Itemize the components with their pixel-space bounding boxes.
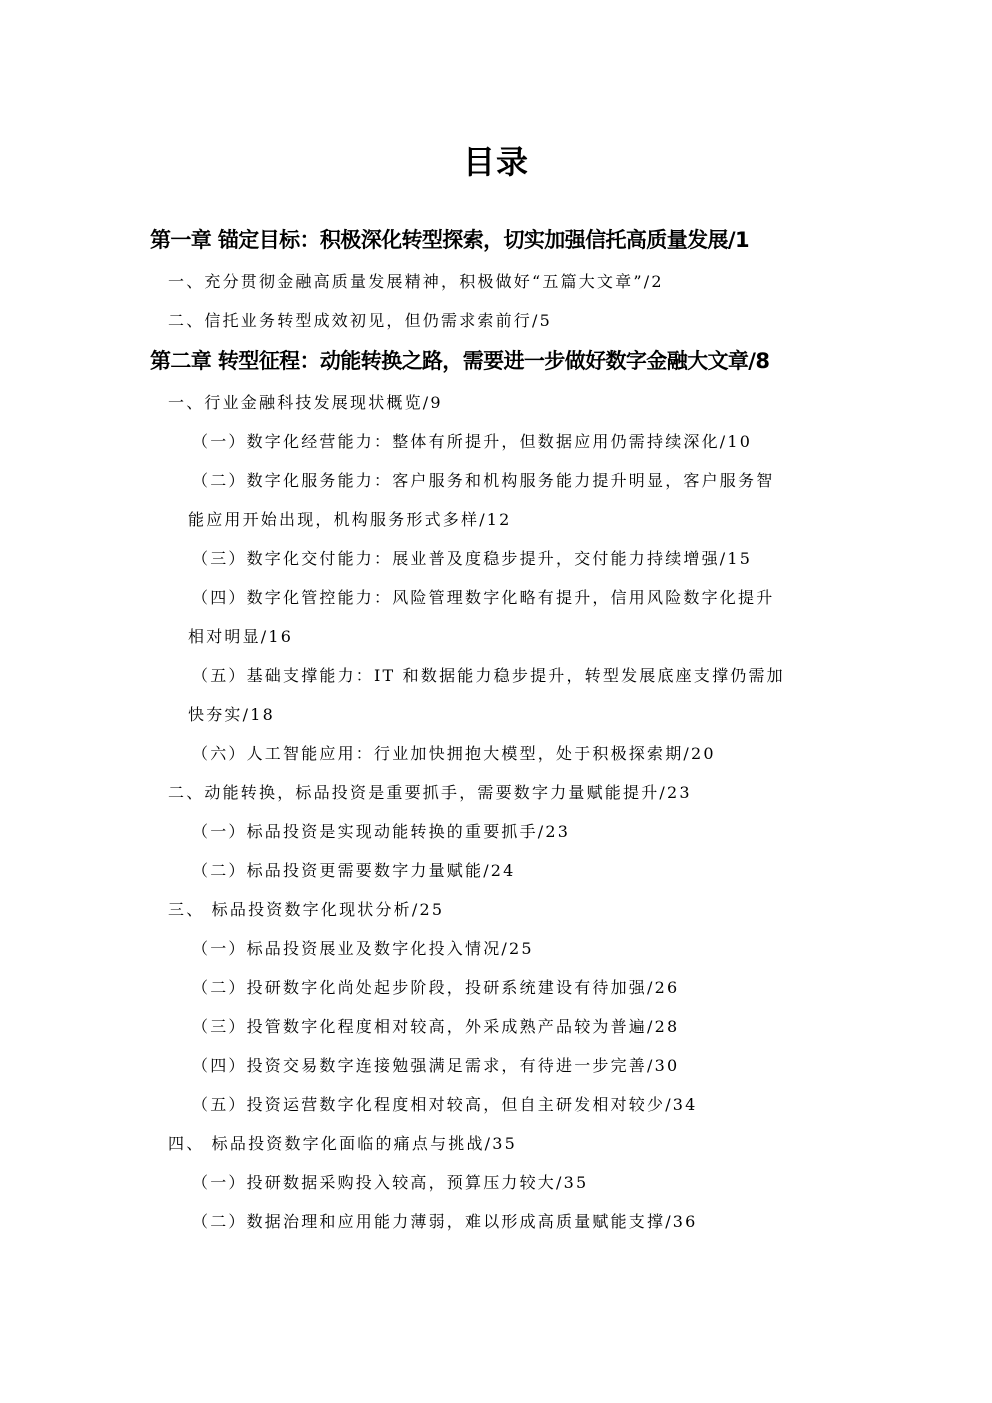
toc-subsection-2-3-5[interactable]: （五）投资运营数字化程度相对较高，但自主研发相对较少/34: [150, 1085, 840, 1124]
toc-subsection-2-1-5[interactable]: （五）基础支撑能力：IT 和数据能力稳步提升，转型发展底座支撑仍需加 快夯实/1…: [150, 656, 840, 734]
toc-line: （一）投研数据采购投入较高，预算压力较大/35: [192, 1163, 840, 1202]
toc-section-1-1[interactable]: 一、充分贯彻金融高质量发展精神，积极做好“五篇大文章”/2: [150, 262, 840, 301]
toc-subsection-2-1-3[interactable]: （三）数字化交付能力：展业普及度稳步提升，交付能力持续增强/15: [150, 539, 840, 578]
toc-subsection-2-3-3[interactable]: （三）投管数字化程度相对较高，外采成熟产品较为普遍/28: [150, 1007, 840, 1046]
toc-section-2-2[interactable]: 二、动能转换，标品投资是重要抓手，需要数字力量赋能提升/23: [150, 773, 840, 812]
toc-subsection-2-1-1[interactable]: （一）数字化经营能力：整体有所提升，但数据应用仍需持续深化/10: [150, 422, 840, 461]
table-of-contents: 第一章 锚定目标：积极深化转型探索，切实加强信托高质量发展/1 一、充分贯彻金融…: [150, 222, 840, 1241]
toc-line: （一）数字化经营能力：整体有所提升，但数据应用仍需持续深化/10: [192, 422, 840, 461]
toc-line: （五）投资运营数字化程度相对较高，但自主研发相对较少/34: [192, 1085, 840, 1124]
toc-line: （五）基础支撑能力：IT 和数据能力稳步提升，转型发展底座支撑仍需加: [192, 656, 840, 695]
toc-chapter-2[interactable]: 第二章 转型征程：动能转换之路，需要进一步做好数字金融大文章/8: [150, 343, 840, 379]
toc-subsection-2-2-2[interactable]: （二）标品投资更需要数字力量赋能/24: [150, 851, 840, 890]
toc-subsection-2-1-4[interactable]: （四）数字化管控能力：风险管理数字化略有提升，信用风险数字化提升 相对明显/16: [150, 578, 840, 656]
toc-line: （一）标品投资是实现动能转换的重要抓手/23: [192, 812, 840, 851]
toc-line-continuation: 相对明显/16: [188, 617, 840, 656]
toc-line: （六）人工智能应用：行业加快拥抱大模型，处于积极探索期/20: [192, 734, 840, 773]
toc-subsection-2-3-1[interactable]: （一）标品投资展业及数字化投入情况/25: [150, 929, 840, 968]
toc-line-continuation: 能应用开始出现，机构服务形式多样/12: [188, 500, 840, 539]
toc-line: （二）投研数字化尚处起步阶段，投研系统建设有待加强/26: [192, 968, 840, 1007]
toc-title: 目录: [0, 140, 992, 184]
toc-subsection-2-4-1[interactable]: （一）投研数据采购投入较高，预算压力较大/35: [150, 1163, 840, 1202]
toc-subsection-2-4-2[interactable]: （二）数据治理和应用能力薄弱，难以形成高质量赋能支撑/36: [150, 1202, 840, 1241]
toc-line: （二）数据治理和应用能力薄弱，难以形成高质量赋能支撑/36: [192, 1202, 840, 1241]
toc-line: （三）数字化交付能力：展业普及度稳步提升，交付能力持续增强/15: [192, 539, 840, 578]
toc-line-continuation: 快夯实/18: [188, 695, 840, 734]
toc-section-2-3[interactable]: 三、 标品投资数字化现状分析/25: [150, 890, 840, 929]
toc-subsection-2-1-6[interactable]: （六）人工智能应用：行业加快拥抱大模型，处于积极探索期/20: [150, 734, 840, 773]
toc-line: （二）数字化服务能力：客户服务和机构服务能力提升明显，客户服务智: [192, 461, 840, 500]
toc-line: （四）数字化管控能力：风险管理数字化略有提升，信用风险数字化提升: [192, 578, 840, 617]
toc-line: （四）投资交易数字连接勉强满足需求，有待进一步完善/30: [192, 1046, 840, 1085]
toc-line: （一）标品投资展业及数字化投入情况/25: [192, 929, 840, 968]
toc-subsection-2-2-1[interactable]: （一）标品投资是实现动能转换的重要抓手/23: [150, 812, 840, 851]
toc-subsection-2-3-2[interactable]: （二）投研数字化尚处起步阶段，投研系统建设有待加强/26: [150, 968, 840, 1007]
toc-chapter-1[interactable]: 第一章 锚定目标：积极深化转型探索，切实加强信托高质量发展/1: [150, 222, 840, 258]
toc-section-1-2[interactable]: 二、信托业务转型成效初见，但仍需求索前行/5: [150, 301, 840, 340]
toc-line: （三）投管数字化程度相对较高，外采成熟产品较为普遍/28: [192, 1007, 840, 1046]
document-page: 目录 第一章 锚定目标：积极深化转型探索，切实加强信托高质量发展/1 一、充分贯…: [0, 0, 992, 1403]
toc-subsection-2-1-2[interactable]: （二）数字化服务能力：客户服务和机构服务能力提升明显，客户服务智 能应用开始出现…: [150, 461, 840, 539]
toc-line: （二）标品投资更需要数字力量赋能/24: [192, 851, 840, 890]
toc-section-2-1[interactable]: 一、行业金融科技发展现状概览/9: [150, 383, 840, 422]
toc-section-2-4[interactable]: 四、 标品投资数字化面临的痛点与挑战/35: [150, 1124, 840, 1163]
toc-subsection-2-3-4[interactable]: （四）投资交易数字连接勉强满足需求，有待进一步完善/30: [150, 1046, 840, 1085]
